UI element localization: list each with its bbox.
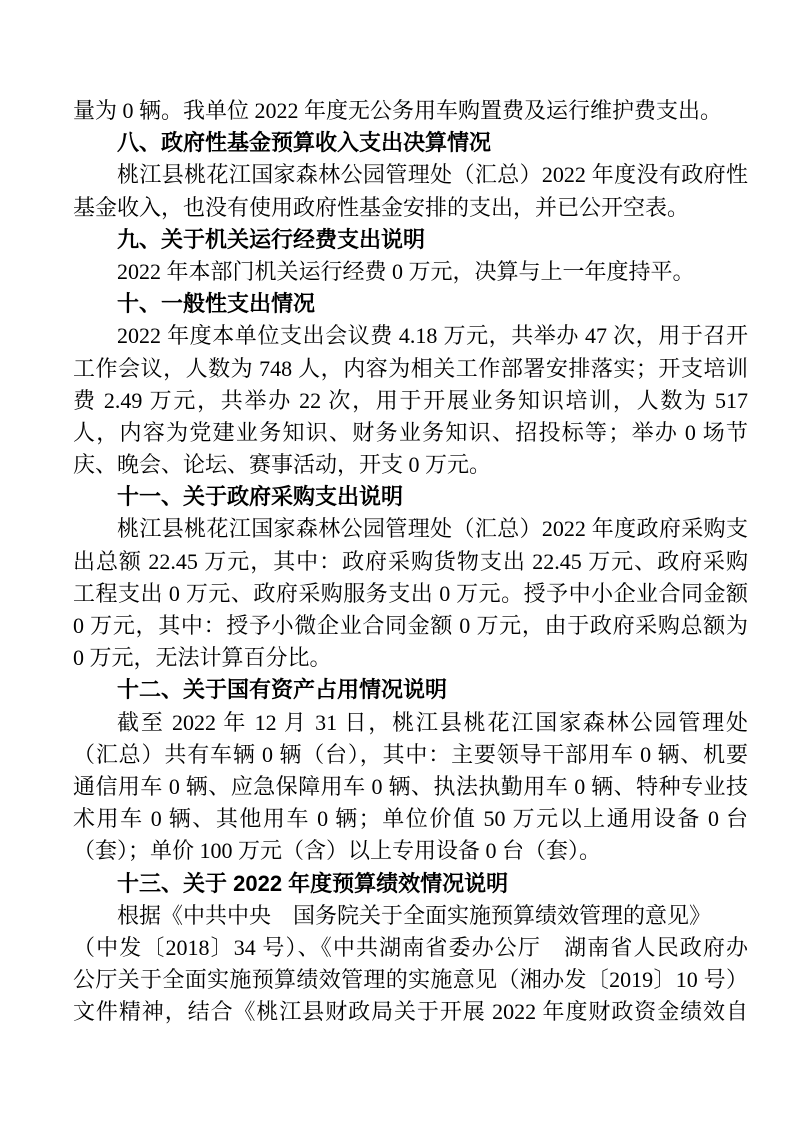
text-line: 出总额 22.45 万元，其中：政府采购货物支出 22.45 万元、政府采购 [73, 546, 748, 578]
document-text-block: 量为 0 辆。我单位 2022 年度无公务用车购置费及运行维护费支出。八、政府性… [73, 95, 748, 1028]
text-line: 工程支出 0 万元、政府采购服务支出 0 万元。授予中小企业合同金额 [73, 578, 748, 610]
section-heading: 十一、关于政府采购支出说明 [73, 481, 748, 513]
document-page: 量为 0 辆。我单位 2022 年度无公务用车购置费及运行维护费支出。八、政府性… [0, 0, 793, 1122]
text-line: 工作会议，人数为 748 人，内容为相关工作部署安排落实；开支培训 [73, 353, 748, 385]
text-line: （套）；单价 100 万元（含）以上专用设备 0 台（套）。 [73, 835, 748, 867]
text-line: 桃江县桃花江国家森林公园管理处（汇总）2022 年度政府采购支 [73, 513, 748, 545]
text-line: 术用车 0 辆、其他用车 0 辆；单位价值 50 万元以上通用设备 0 台 [73, 803, 748, 835]
text-line: 桃江县桃花江国家森林公园管理处（汇总）2022 年度没有政府性 [73, 159, 748, 191]
text-line: 截至 2022 年 12 月 31 日，桃江县桃花江国家森林公园管理处 [73, 707, 748, 739]
section-heading: 九、关于机关运行经费支出说明 [73, 224, 748, 256]
text-line: 通信用车 0 辆、应急保障用车 0 辆、执法执勤用车 0 辆、特种专业技 [73, 771, 748, 803]
text-line: 公厅关于全面实施预算绩效管理的实施意见（湘办发〔2019〕10 号） [73, 964, 748, 996]
text-line: 根据《中共中央 国务院关于全面实施预算绩效管理的意见》 [73, 900, 748, 932]
text-line: （汇总）共有车辆 0 辆（台），其中：主要领导干部用车 0 辆、机要 [73, 739, 748, 771]
text-line: 2022 年本部门机关运行经费 0 万元，决算与上一年度持平。 [73, 256, 748, 288]
text-line: 费 2.49 万元，共举办 22 次，用于开展业务知识培训，人数为 517 [73, 385, 748, 417]
section-heading: 十二、关于国有资产占用情况说明 [73, 674, 748, 706]
text-line: 0 万元，无法计算百分比。 [73, 642, 748, 674]
section-heading: 十、一般性支出情况 [73, 288, 748, 320]
text-line: 基金收入，也没有使用政府性基金安排的支出，并已公开空表。 [73, 192, 748, 224]
text-line: 量为 0 辆。我单位 2022 年度无公务用车购置费及运行维护费支出。 [73, 95, 748, 127]
section-heading: 十三、关于 2022 年度预算绩效情况说明 [73, 868, 748, 900]
text-line: 2022 年度本单位支出会议费 4.18 万元，共举办 47 次，用于召开 [73, 320, 748, 352]
text-line: 庆、晚会、论坛、赛事活动，开支 0 万元。 [73, 449, 748, 481]
section-heading: 八、政府性基金预算收入支出决算情况 [73, 127, 748, 159]
text-line: 文件精神，结合《桃江县财政局关于开展 2022 年度财政资金绩效自 [73, 996, 748, 1028]
text-line: 0 万元，其中：授予小微企业合同金额 0 万元，由于政府采购总额为 [73, 610, 748, 642]
text-line: 人，内容为党建业务知识、财务业务知识、招投标等；举办 0 场节 [73, 417, 748, 449]
text-line: （中发〔2018〕34 号）、《中共湖南省委办公厅 湖南省人民政府办 [73, 932, 748, 964]
